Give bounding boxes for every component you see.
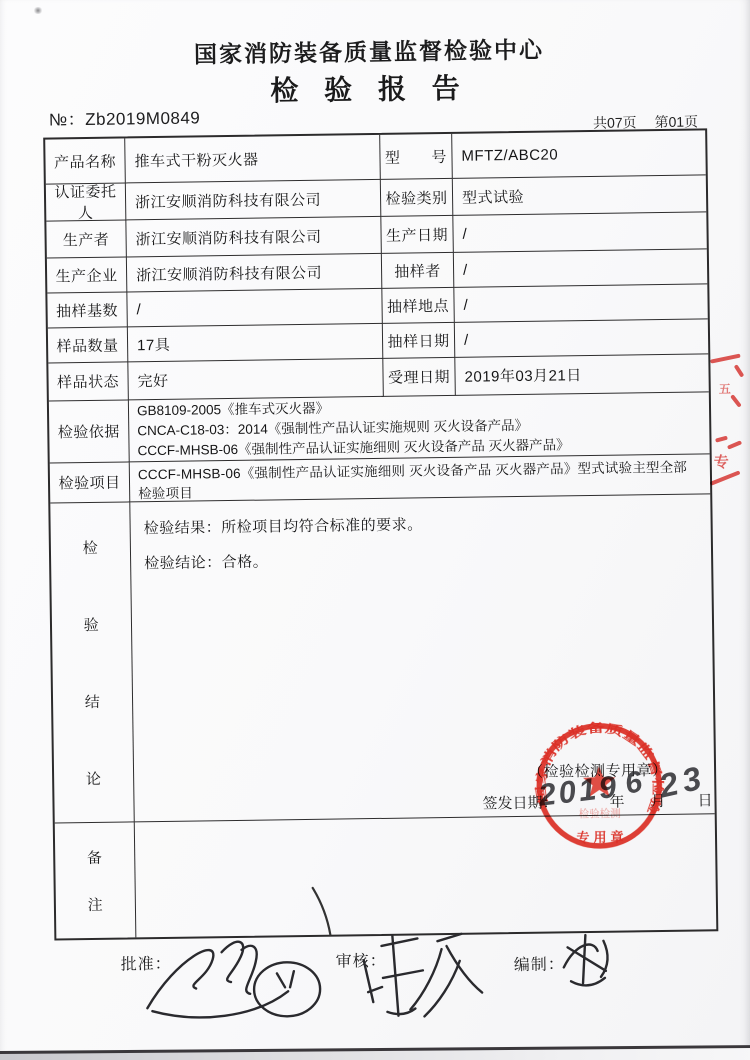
value-manufacturer: 浙江安顺消防科技有限公司 <box>127 254 382 293</box>
value-sampling-date: / <box>455 319 708 358</box>
label-sampler: 抽样者 <box>382 253 454 289</box>
report-number-label: №： <box>49 110 86 130</box>
report-table: 产品名称 推车式干粉灭火器 型 号 MFTZ/ABC20 认证委托人 浙江安顺消… <box>43 128 718 940</box>
label-inspection-items: 检验项目 <box>50 462 131 503</box>
label-sample-state: 样品状态 <box>48 362 129 401</box>
value-cert-client: 浙江安顺消防科技有限公司 <box>126 180 381 221</box>
prepare-label: 编制： <box>514 951 565 975</box>
label-cert-client: 认证委托人 <box>46 183 127 221</box>
label-sampling-base: 抽样基数 <box>47 292 127 328</box>
conclusion-label-char: 检 <box>82 536 98 557</box>
label-sampling-date: 抽样日期 <box>383 323 455 359</box>
svg-text:专: 专 <box>714 453 729 471</box>
value-sample-qty: 17具 <box>128 324 383 363</box>
label-inspection-basis: 检验依据 <box>49 400 130 463</box>
label-production-date: 生产日期 <box>381 216 454 254</box>
value-model: MFTZ/ABC20 <box>452 130 706 179</box>
label-inspection-type: 检验类别 <box>381 179 454 217</box>
remarks-label-char: 注 <box>87 893 103 914</box>
label-manufacturer: 生产企业 <box>47 257 127 293</box>
prepare-signature-icon <box>563 935 608 986</box>
label-sample-qty: 样品数量 <box>48 327 128 363</box>
conclusion-statement: 检验结论：合格。 <box>144 544 703 573</box>
value-sampler: / <box>454 249 707 288</box>
label-model: 型 号 <box>380 134 453 180</box>
report-number-value: Zb2019M0849 <box>85 108 200 129</box>
remarks-label-char: 备 <box>87 846 103 867</box>
conclusion-label-char: 结 <box>85 690 101 711</box>
review-signature-icon <box>363 934 482 1018</box>
value-sample-state: 完好 <box>128 359 384 401</box>
review-label: 审核： <box>336 948 387 972</box>
approve-signature-icon <box>146 941 320 1019</box>
report-page: 国家消防装备质量监督检验中心 检 验 报 告 №：Zb2019M0849 共07… <box>0 0 750 1060</box>
value-inspection-type: 型式试验 <box>453 175 706 216</box>
report-number: №：Zb2019M0849 <box>49 103 201 130</box>
conclusion-label-char: 论 <box>86 767 102 788</box>
value-sampling-place: / <box>454 284 707 323</box>
value-production-date: / <box>453 212 706 253</box>
label-remarks: 备 注 <box>55 822 137 938</box>
value-sampling-base: / <box>127 289 382 328</box>
paper-sheet: 国家消防装备质量监督检验中心 检 验 报 告 №：Zb2019M0849 共07… <box>0 0 750 1060</box>
basis-line: GB8109-2005《推车式灭火器》 <box>137 398 329 421</box>
scanned-report-screenshot: { "page": { "center_name": "国家消防装备质量监督检验… <box>0 0 750 1060</box>
value-producer: 浙江安顺消防科技有限公司 <box>126 217 381 258</box>
value-acceptance-date: 2019年03月21日 <box>455 354 709 396</box>
label-product-name: 产品名称 <box>45 138 126 184</box>
svg-text:五: 五 <box>719 382 731 396</box>
result-statement: 检验结果：所检项目均符合标准的要求。 <box>143 509 702 538</box>
label-inspection-conclusion: 检 验 结 论 <box>50 502 134 823</box>
label-producer: 生产者 <box>46 220 127 258</box>
conclusion-label-char: 验 <box>84 613 100 634</box>
value-product-name: 推车式干粉灭火器 <box>125 135 381 184</box>
value-remarks <box>135 814 717 937</box>
value-inspection-basis: GB8109-2005《推车式灭火器》 CNCA-C18-03：2014《强制性… <box>129 392 710 462</box>
label-acceptance-date: 受理日期 <box>383 358 456 397</box>
label-sampling-place: 抽样地点 <box>382 288 454 324</box>
approve-label: 批准： <box>121 951 172 975</box>
